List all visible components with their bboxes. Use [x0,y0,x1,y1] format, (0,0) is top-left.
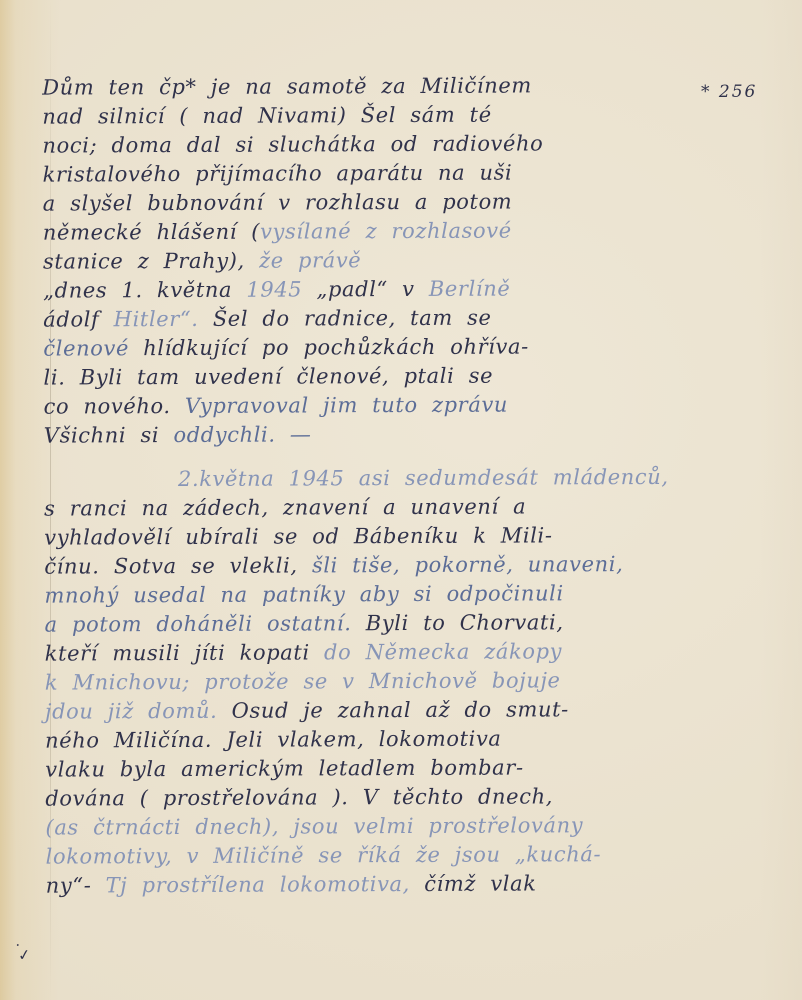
handwriting-line: noci; doma dal si sluchátka od radiového [42,128,772,160]
handwriting-segment: Vypravoval jim tuto zprávu [185,393,508,418]
handwriting-segment: Byli to Chorvati, [366,610,564,635]
handwriting-segment: Všichni si [44,423,174,448]
handwriting-segment: německé hlášení ( [43,220,260,245]
handwriting-segment: do Německa zákopy [324,639,562,664]
handwriting-segment: 2.května 1945 asi sedumdesát mládenců, [178,465,669,491]
handwriting-line: co nového. Vypravoval jim tuto zprávu [44,389,774,421]
handwriting-segment: ny“- [46,873,106,897]
handwriting-segment: lokomotivy, v Miličíně se říká že jsou „… [46,842,602,868]
handwriting-segment: vyhladovělí ubírali se od Bábeníku k Mil… [44,523,552,549]
handwriting-line: kteří musili jíti kopati do Německa záko… [45,636,775,668]
manuscript-lines: Dům ten čp* je na samotě za Miličínemnad… [42,70,776,900]
handwriting-segment: oddychli. — [173,422,311,447]
handwriting-line: 2.května 1945 asi sedumdesát mládenců, [44,462,774,494]
handwriting-segment: Osud je zahnal až do smut- [232,697,569,722]
handwriting-segment: k Mnichovu; protože se v Mnichově bojuje [45,668,561,694]
handwriting-segment: mnohý usedal na patníky aby si odpočinul… [44,581,563,607]
handwriting-segment: li. Byli tam uvedení členové, ptali se [43,364,493,390]
handwriting-segment: že právě [259,248,361,272]
handwriting-segment: členové [43,336,143,360]
handwriting-segment: vysílané z rozhlasové [260,219,512,244]
handwriting-segment: hlídkující po pochůzkách ohříva- [143,334,529,360]
handwriting-line: ádolf Hitler“. Šel do radnice, tam se [43,302,773,334]
check-mark: ✓ [17,945,32,965]
handwriting-segment: vlaku byla americkým letadlem bombar- [45,756,523,782]
handwriting-segment: čímž vlak [424,871,536,895]
handwriting-line: vlaku byla americkým letadlem bombar- [45,752,775,784]
handwriting-line: vyhladovělí ubírali se od Bábeníku k Mil… [44,520,774,552]
handwriting-line: a potom doháněli ostatní. Byli to Chorva… [45,607,775,639]
handwriting-segment: „dnes 1. května [43,278,246,303]
handwriting-segment: ádolf [43,307,113,331]
handwriting-line: ného Miličína. Jeli vlakem, lokomotiva [45,723,775,755]
handwriting-segment: šli tiše, pokorně, unaveni, [312,552,623,577]
handwriting-segment: kteří musili jíti kopati [45,640,324,665]
handwriting-line: „dnes 1. května 1945 „padl“ v Berlíně [43,273,773,305]
handwriting-line: německé hlášení (vysílané z rozhlasové [43,215,773,247]
handwriting-line: dována ( prostřelována ). V těchto dnech… [45,781,775,813]
handwriting-line: li. Byli tam uvedení členové, ptali se [43,360,773,392]
handwriting-segment: kristalového přijímacího aparátu na uši [43,161,513,187]
handwriting-segment: noci; doma dal si sluchátka od radiového [42,131,543,157]
handwriting-segment: ného Miličína. Jeli vlakem, lokomotiva [45,727,502,753]
handwriting-line: mnohý usedal na patníky aby si odpočinul… [44,578,774,610]
handwriting-line: stanice z Prahy), že právě [43,244,773,276]
handwriting-line: členové hlídkující po pochůzkách ohříva- [43,331,773,363]
handwriting-segment: Hitler“. [114,307,213,331]
handwriting-segment: a potom doháněli ostatní. [45,611,366,636]
handwriting-line: s ranci na zádech, znavení a unavení a [44,491,774,523]
handwriting-line: (as čtrnácti dnech), jsou velmi prostřel… [45,810,775,842]
handwriting-segment: dována ( prostřelována ). V těchto dnech… [45,784,553,810]
handwriting-line: nad silnicí ( nad Nivami) Šel sám té [42,99,772,131]
handwriting-segment: Dům ten čp* je na samotě za Miličínem [42,73,532,99]
handwriting-segment: Berlíně [429,277,511,301]
handwriting-segment: čínu. Sotva se vlekli, [44,553,312,578]
handwriting-line: jdou již domů. Osud je zahnal až do smut… [45,694,775,726]
handwriting-segment: Šel do radnice, tam se [213,306,492,331]
handwriting-line: a slyšel bubnování v rozhlasu a potom [43,186,773,218]
handwriting-segment: s ranci na zádech, znavení a unavení a [44,494,526,520]
handwriting-segment: „padl“ v [302,277,429,302]
handwriting-segment: co nového. [44,394,185,419]
handwriting-line: kristalového přijímacího aparátu na uši [43,157,773,189]
handwriting-segment: jdou již domů. [45,699,232,724]
handwriting-segment: Tj prostřílena lokomotiva, [106,872,425,897]
handwriting-line: čínu. Sotva se vlekli, šli tiše, pokorně… [44,549,774,581]
handwriting-line: lokomotivy, v Miličíně se říká že jsou „… [46,839,776,871]
handwriting-line: k Mnichovu; protože se v Mnichově bojuje [45,665,775,697]
handwriting-line: Dům ten čp* je na samotě za Miličínem [42,70,772,102]
handwriting-line: Všichni si oddychli. — [44,418,774,450]
handwriting-segment: stanice z Prahy), [43,249,259,274]
handwriting-segment: (as čtrnácti dnech), jsou velmi prostřel… [45,813,583,839]
handwriting-segment: nad silnicí ( nad Nivami) Šel sám té [42,103,491,129]
manuscript-page: * 256 Dům ten čp* je na samotě za Miličí… [0,0,802,1000]
handwriting-line: ny“- Tj prostřílena lokomotiva, čímž vla… [46,868,776,900]
handwriting-segment: a slyšel bubnování v rozhlasu a potom [43,190,513,216]
handwriting-segment: 1945 [246,277,302,301]
